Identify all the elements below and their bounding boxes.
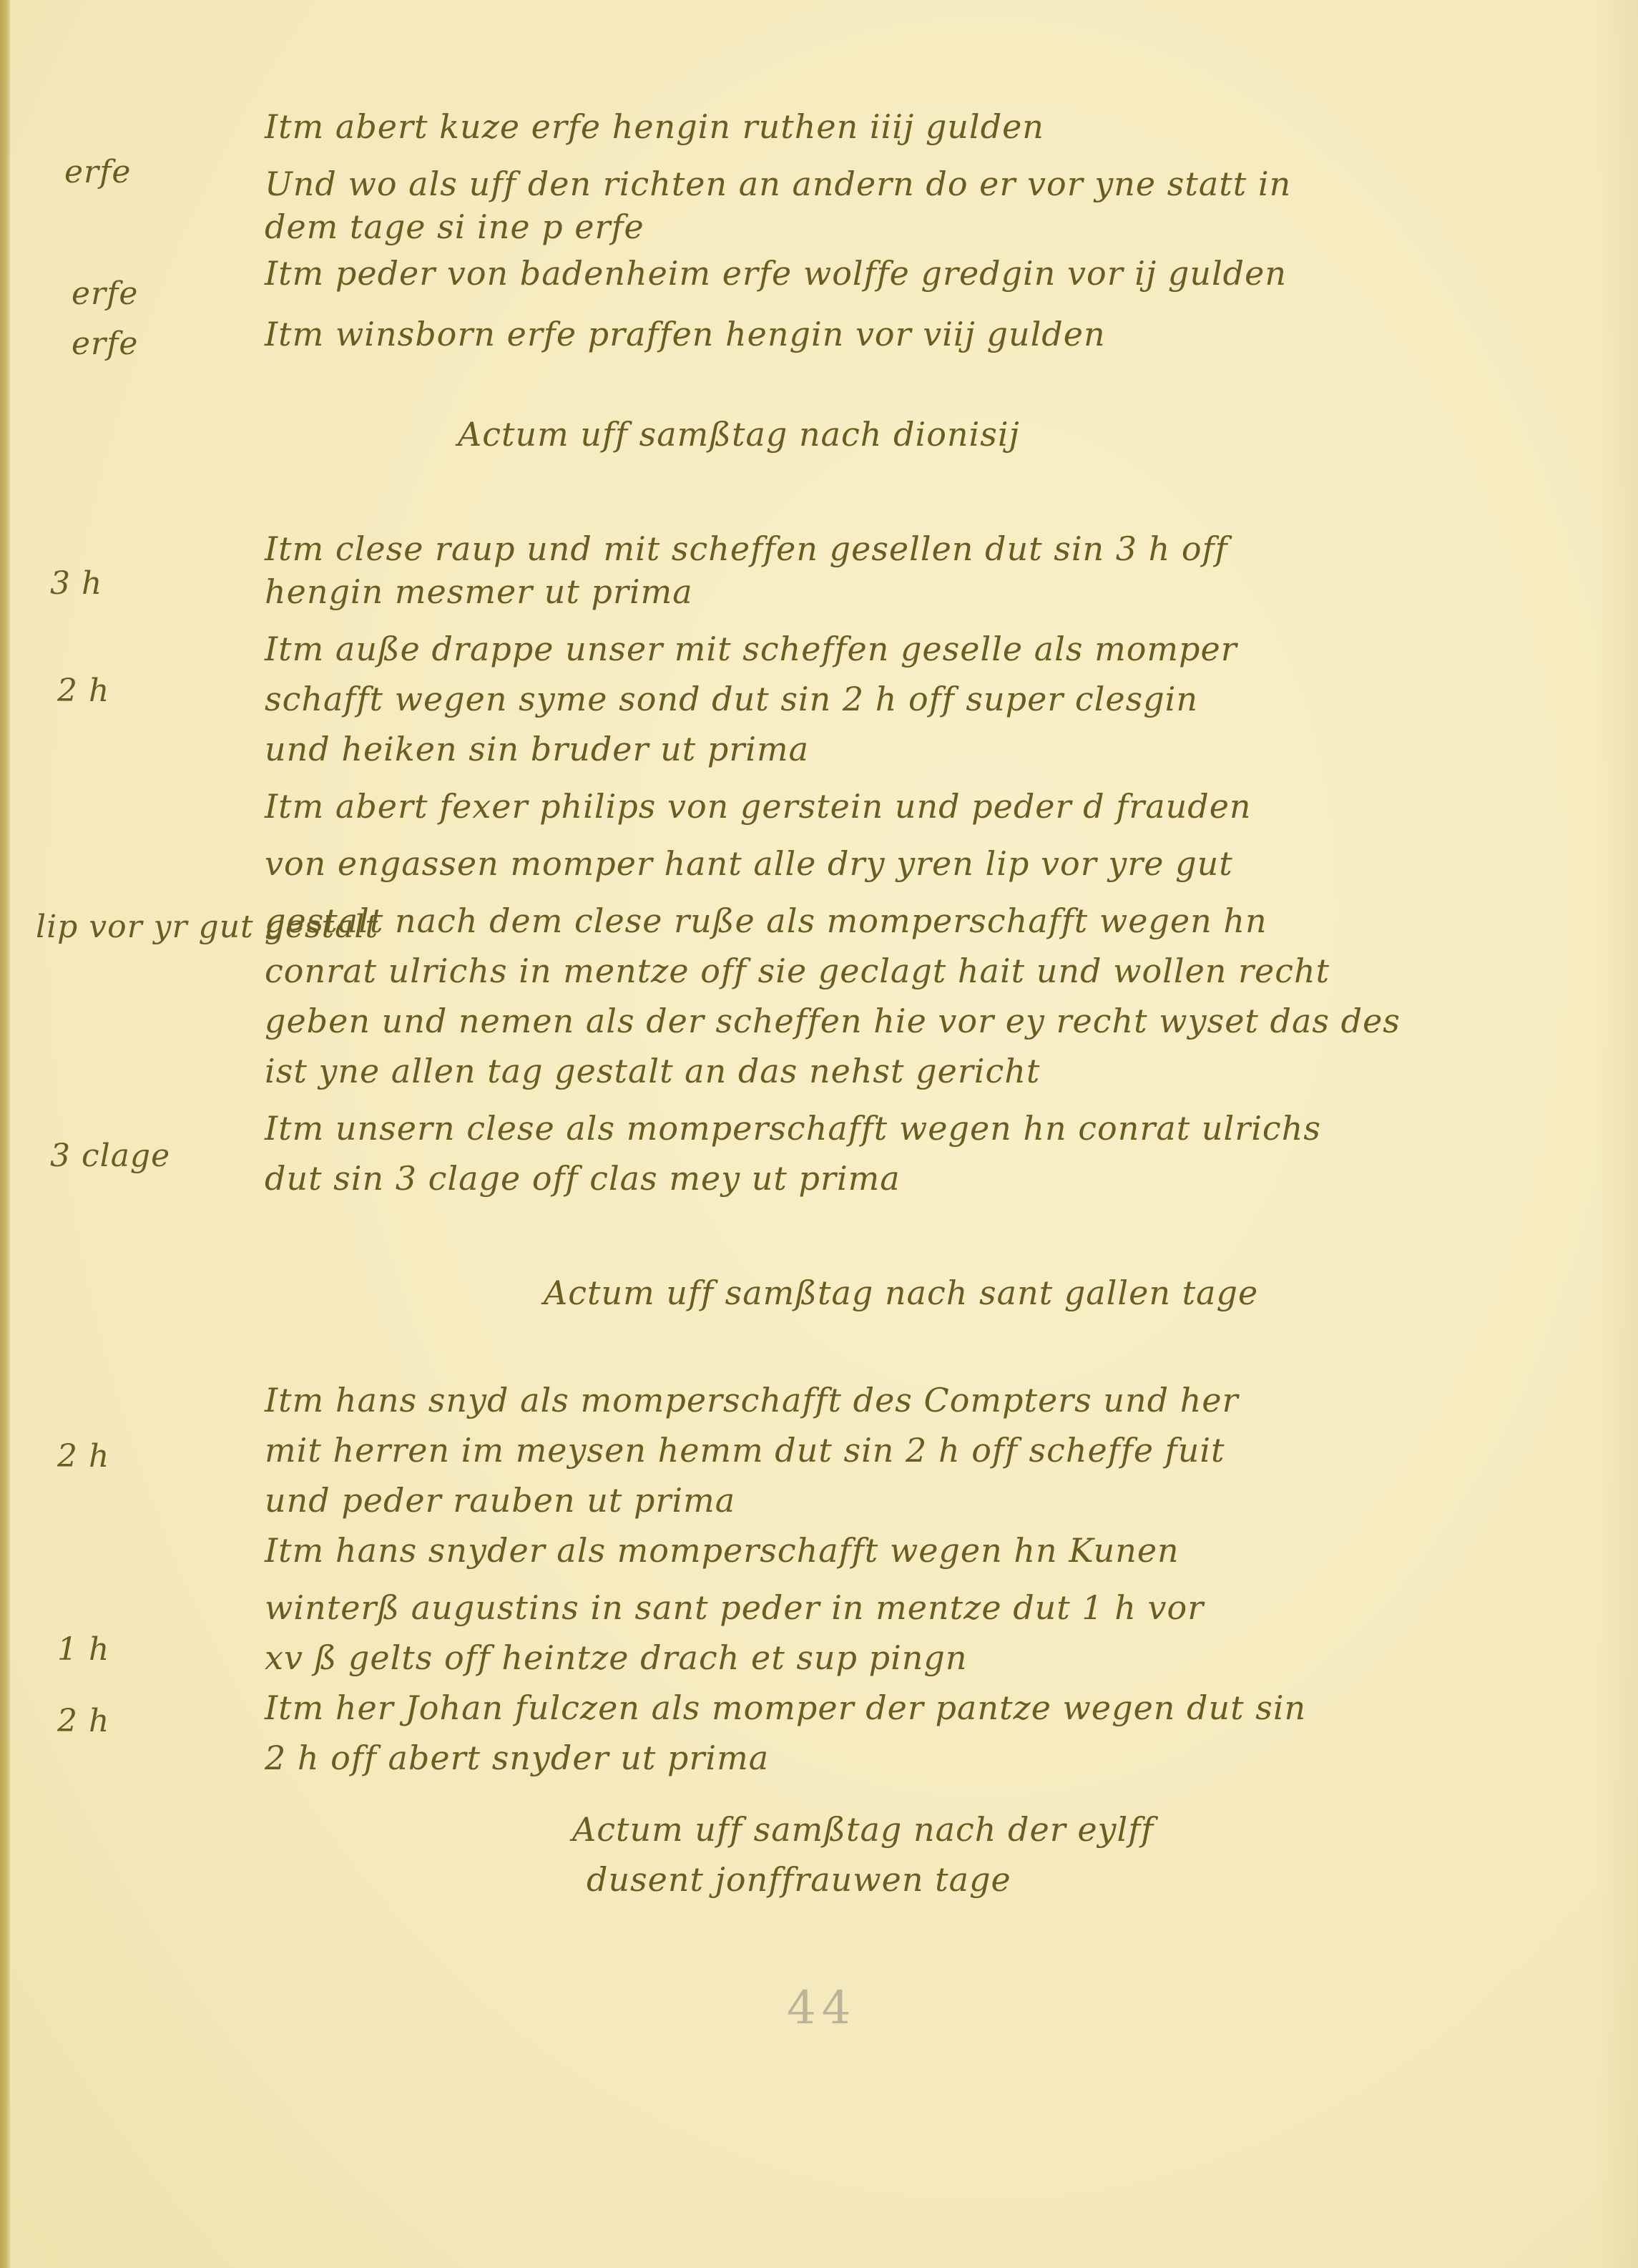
margin-note: 1 h [57, 1631, 109, 1668]
manuscript-page: erfe Itm abert kuze erfe hengin ruthen i… [0, 0, 1638, 2268]
text-line: dem tage si ine p erfe [265, 207, 644, 246]
text-line: Itm hans snyder als momperschafft wegen … [265, 1531, 1180, 1570]
text-line: 2 h off abert snyder ut prima [265, 1739, 769, 1777]
section-heading-line2: dusent jonffrauwen tage [587, 1860, 1011, 1899]
text-line: Itm hans snyd als momperschafft des Comp… [265, 1381, 1239, 1419]
margin-note: 2 h [57, 673, 109, 709]
page-shadow [1595, 0, 1638, 2268]
text-line: gestalt nach dem clese ruße als mompersc… [265, 901, 1267, 940]
text-line: Itm clese raup und mit scheffen gesellen… [265, 529, 1228, 568]
margin-note: 2 h [57, 1703, 109, 1739]
text-line: dut sin 3 clage off clas mey ut prima [265, 1159, 901, 1198]
text-line: ist yne allen tag gestalt an das nehst g… [265, 1052, 1040, 1090]
text-line: und peder rauben ut prima [265, 1481, 735, 1520]
margin-note: erfe [64, 154, 131, 190]
text-line: winterß augustins in sant peder in mentz… [265, 1588, 1204, 1627]
text-line: xv ß gelts off heintze drach et sup ping… [265, 1638, 967, 1677]
text-line: Und wo als uff den richten an andern do … [265, 165, 1291, 203]
text-line: mit herren im meysen hemm dut sin 2 h of… [265, 1431, 1225, 1470]
section-heading: Actum uff samßtag nach dionisij [458, 415, 1020, 454]
section-heading: Actum uff samßtag nach der eylff [572, 1810, 1154, 1849]
margin-note: 3 h [50, 565, 102, 602]
text-line: Itm abert fexer philips von gerstein und… [265, 787, 1252, 826]
text-line: Itm unsern clese als momperschafft wegen… [265, 1109, 1321, 1148]
text-line: Itm auße drappe unser mit scheffen gesel… [265, 630, 1237, 668]
text-line: Itm her Johan fulczen als momper der pan… [265, 1688, 1306, 1727]
text-line: schafft wegen syme sond dut sin 2 h off … [265, 680, 1198, 718]
text-line: Itm peder von badenheim erfe wolffe gred… [265, 254, 1287, 293]
page-edge-binding [0, 0, 10, 2268]
text-line: und heiken sin bruder ut prima [265, 730, 809, 768]
margin-note: erfe [72, 326, 138, 362]
margin-note: 2 h [57, 1438, 109, 1475]
section-heading: Actum uff samßtag nach sant gallen tage [544, 1274, 1258, 1312]
folio-number: 44 [787, 1982, 856, 2035]
text-line: geben und nemen als der scheffen hie vor… [265, 1002, 1401, 1040]
margin-note: erfe [72, 275, 138, 312]
text-line: Itm winsborn erfe praffen hengin vor vii… [265, 315, 1106, 353]
text-line: conrat ulrichs in mentze off sie geclagt… [265, 952, 1330, 990]
margin-note: 3 clage [50, 1138, 170, 1174]
text-line: Itm abert kuze erfe hengin ruthen iiij g… [265, 107, 1044, 146]
text-line: von engassen momper hant alle dry yren l… [265, 844, 1233, 883]
text-line: hengin mesmer ut prima [265, 572, 693, 611]
